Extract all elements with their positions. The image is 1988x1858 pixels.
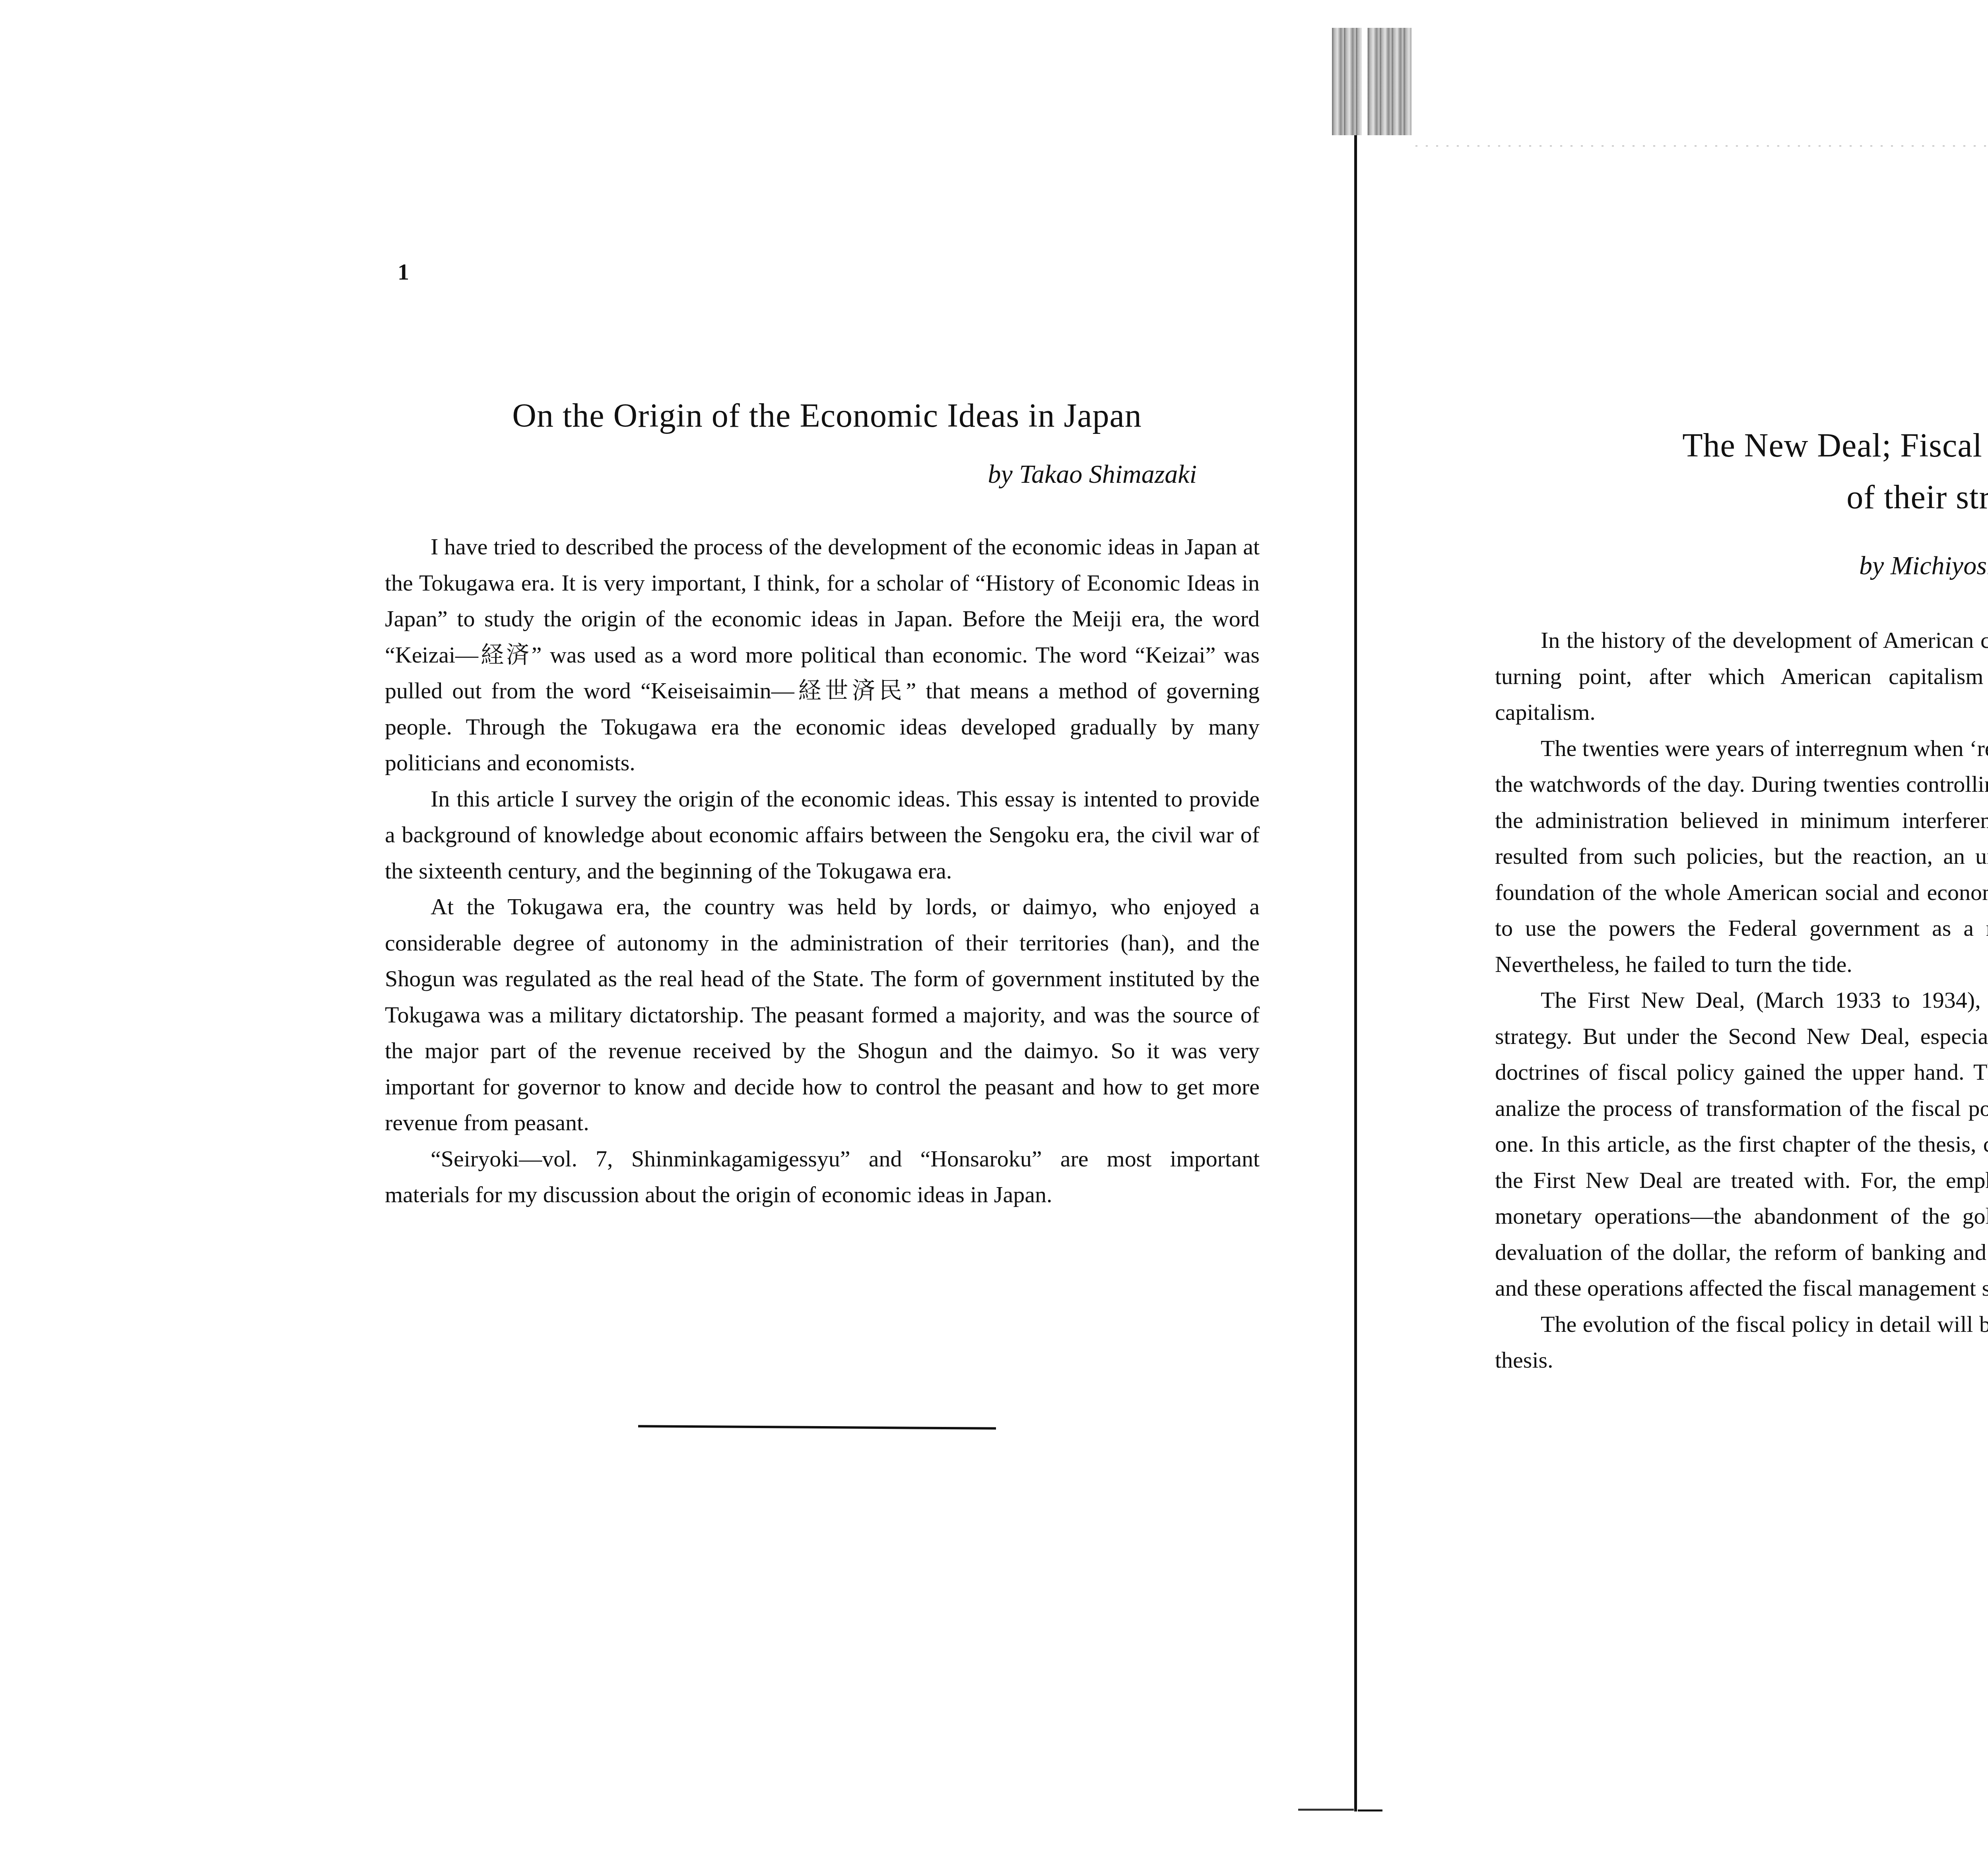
paragraph: At the Tokugawa era, the country was hel… <box>385 889 1260 1141</box>
paragraph: In the history of the development of Ame… <box>1495 622 1988 731</box>
page-number: 1 <box>398 258 409 285</box>
article-title: The New Deal; Fiscal Policies—Analysis o… <box>1531 420 1988 523</box>
right-page: 2 The New Deal; Fiscal Policies—Analysis… <box>1360 0 1988 1858</box>
paragraph: The evolution of the fiscal policy in de… <box>1495 1306 1988 1378</box>
article-body: I have tried to described the process of… <box>385 529 1260 1213</box>
left-page: 1 On the Origin of the Economic Ideas in… <box>0 0 1356 1858</box>
paragraph: The First New Deal, (March 1933 to 1934)… <box>1495 982 1988 1306</box>
article-author: by Takao Shimazaki <box>398 459 1197 490</box>
article-author: by Michiyoshi Oshima <box>1519 551 1988 581</box>
title-line-1: The New Deal; Fiscal Policies—Analysis <box>1682 427 1988 464</box>
article-title: On the Origin of the Economic Ideas in J… <box>398 390 1256 442</box>
article-body: In the history of the development of Ame… <box>1495 622 1988 1378</box>
paragraph: In this article I survey the origin of t… <box>385 781 1260 889</box>
paragraph: The twenties were years of interregnum w… <box>1495 731 1988 983</box>
title-line-2: of their structures <box>1846 479 1988 516</box>
paragraph: I have tried to described the process of… <box>385 529 1260 781</box>
paragraph: “Seiryoki—vol. 7, Shinminkagamigessyu” a… <box>385 1141 1260 1213</box>
end-rule <box>638 1425 996 1429</box>
document-spread: 1 On the Origin of the Economic Ideas in… <box>0 0 1988 1858</box>
